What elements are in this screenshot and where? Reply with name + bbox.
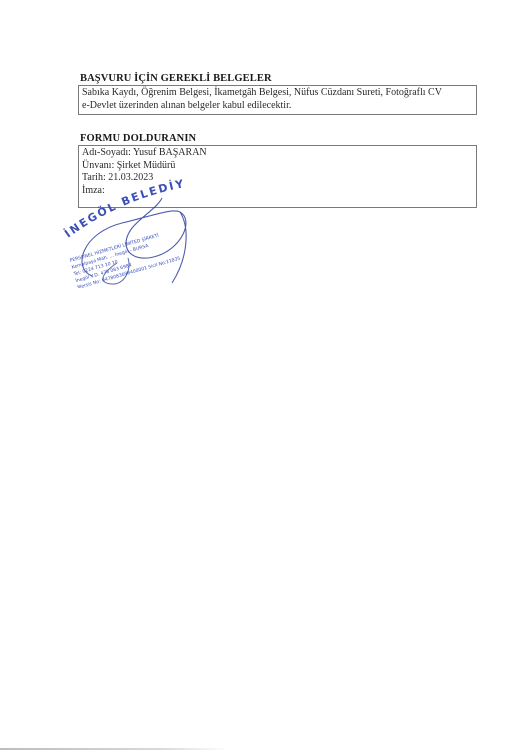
- required-documents-line: e-Devlet üzerinden alınan belgeler kabul…: [82, 100, 473, 113]
- filler-name: Adı-Soyadı: Yusuf BAŞARAN: [82, 147, 473, 160]
- form-filler-title: FORMU DOLDURANIN: [80, 133, 196, 144]
- stamp-arc-text: İNEGÖL BELEDİYESİ: [62, 178, 187, 240]
- filler-job-title: Ünvanı: Şirket Müdürü: [82, 160, 473, 173]
- required-documents-box: Sabıka Kaydı, Öğrenim Belgesi, İkametgâh…: [78, 85, 477, 115]
- required-documents-line: Sabıka Kaydı, Öğrenim Belgesi, İkametgâh…: [82, 87, 473, 100]
- required-documents-title: BAŞVURU İÇİN GEREKLİ BELGELER: [80, 73, 272, 84]
- company-stamp: İNEGÖL BELEDİYESİ PERSONEL HİZMETLERİ Lİ…: [62, 178, 202, 288]
